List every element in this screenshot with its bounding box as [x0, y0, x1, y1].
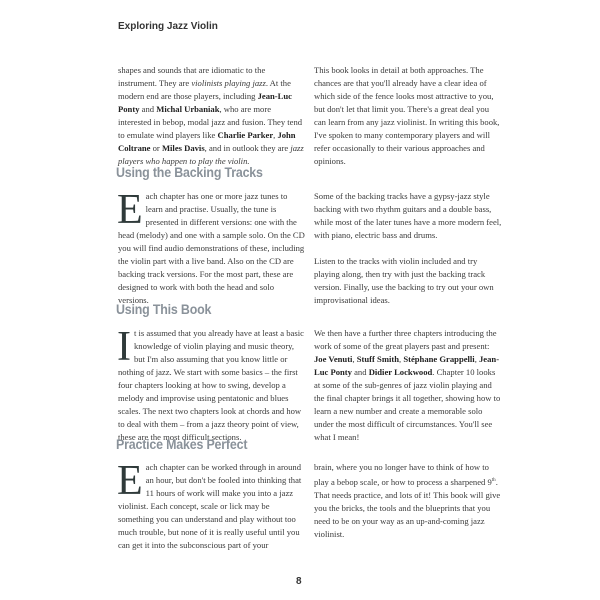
drop-cap: I	[117, 329, 131, 364]
bold-name: Michal Urbaniak	[156, 104, 219, 114]
drop-cap: E	[117, 463, 143, 498]
paragraph: Some of the backing tracks have a gypsy-…	[314, 190, 502, 242]
bold-name: Stéphane Grappelli	[403, 354, 474, 364]
practice-right: brain, where you no longer have to think…	[314, 461, 502, 541]
text: or	[150, 143, 161, 153]
bold-name: Didier Lockwood	[369, 367, 433, 377]
bold-name: Charlie Parker	[218, 130, 274, 140]
practice-left: Each chapter can be worked through in ar…	[118, 461, 306, 552]
paragraph: ach chapter has one or more jazz tunes t…	[118, 191, 305, 305]
paragraph: ach chapter can be worked through in aro…	[118, 462, 301, 550]
text: and	[352, 367, 369, 377]
text: brain, where you no longer have to think…	[314, 462, 492, 487]
text: . Chapter 10 looks at some of the sub-ge…	[314, 367, 500, 442]
text: We then have a further three chapters in…	[314, 328, 497, 351]
running-head: Exploring Jazz Violin	[118, 21, 218, 32]
backing-tracks-left: Each chapter has one or more jazz tunes …	[118, 190, 306, 307]
paragraph: Listen to the tracks with violin include…	[314, 255, 502, 307]
heading-using-this-book: Using This Book	[116, 302, 211, 317]
bold-name: Stuff Smith	[357, 354, 399, 364]
backing-tracks-right: Some of the backing tracks have a gypsy-…	[314, 190, 502, 307]
using-book-left: It is assumed that you already have at l…	[118, 327, 306, 444]
bold-name: Joe Venuti	[314, 354, 352, 364]
text: and	[139, 104, 156, 114]
heading-backing-tracks: Using the Backing Tracks	[116, 165, 263, 180]
text: , and in outlook they are	[205, 143, 291, 153]
italic-text: violinists playing jazz	[191, 78, 265, 88]
intro-right-text: This book looks in detail at both approa…	[314, 64, 502, 168]
page-number: 8	[296, 576, 302, 587]
drop-cap: E	[117, 192, 143, 227]
paragraph: t is assumed that you already have at le…	[118, 328, 304, 442]
intro-left-text: shapes and sounds that are idiomatic to …	[118, 64, 306, 168]
using-book-right: We then have a further three chapters in…	[314, 327, 502, 444]
bold-name: Miles Davis	[162, 143, 205, 153]
heading-practice: Practice Makes Perfect	[116, 437, 247, 452]
